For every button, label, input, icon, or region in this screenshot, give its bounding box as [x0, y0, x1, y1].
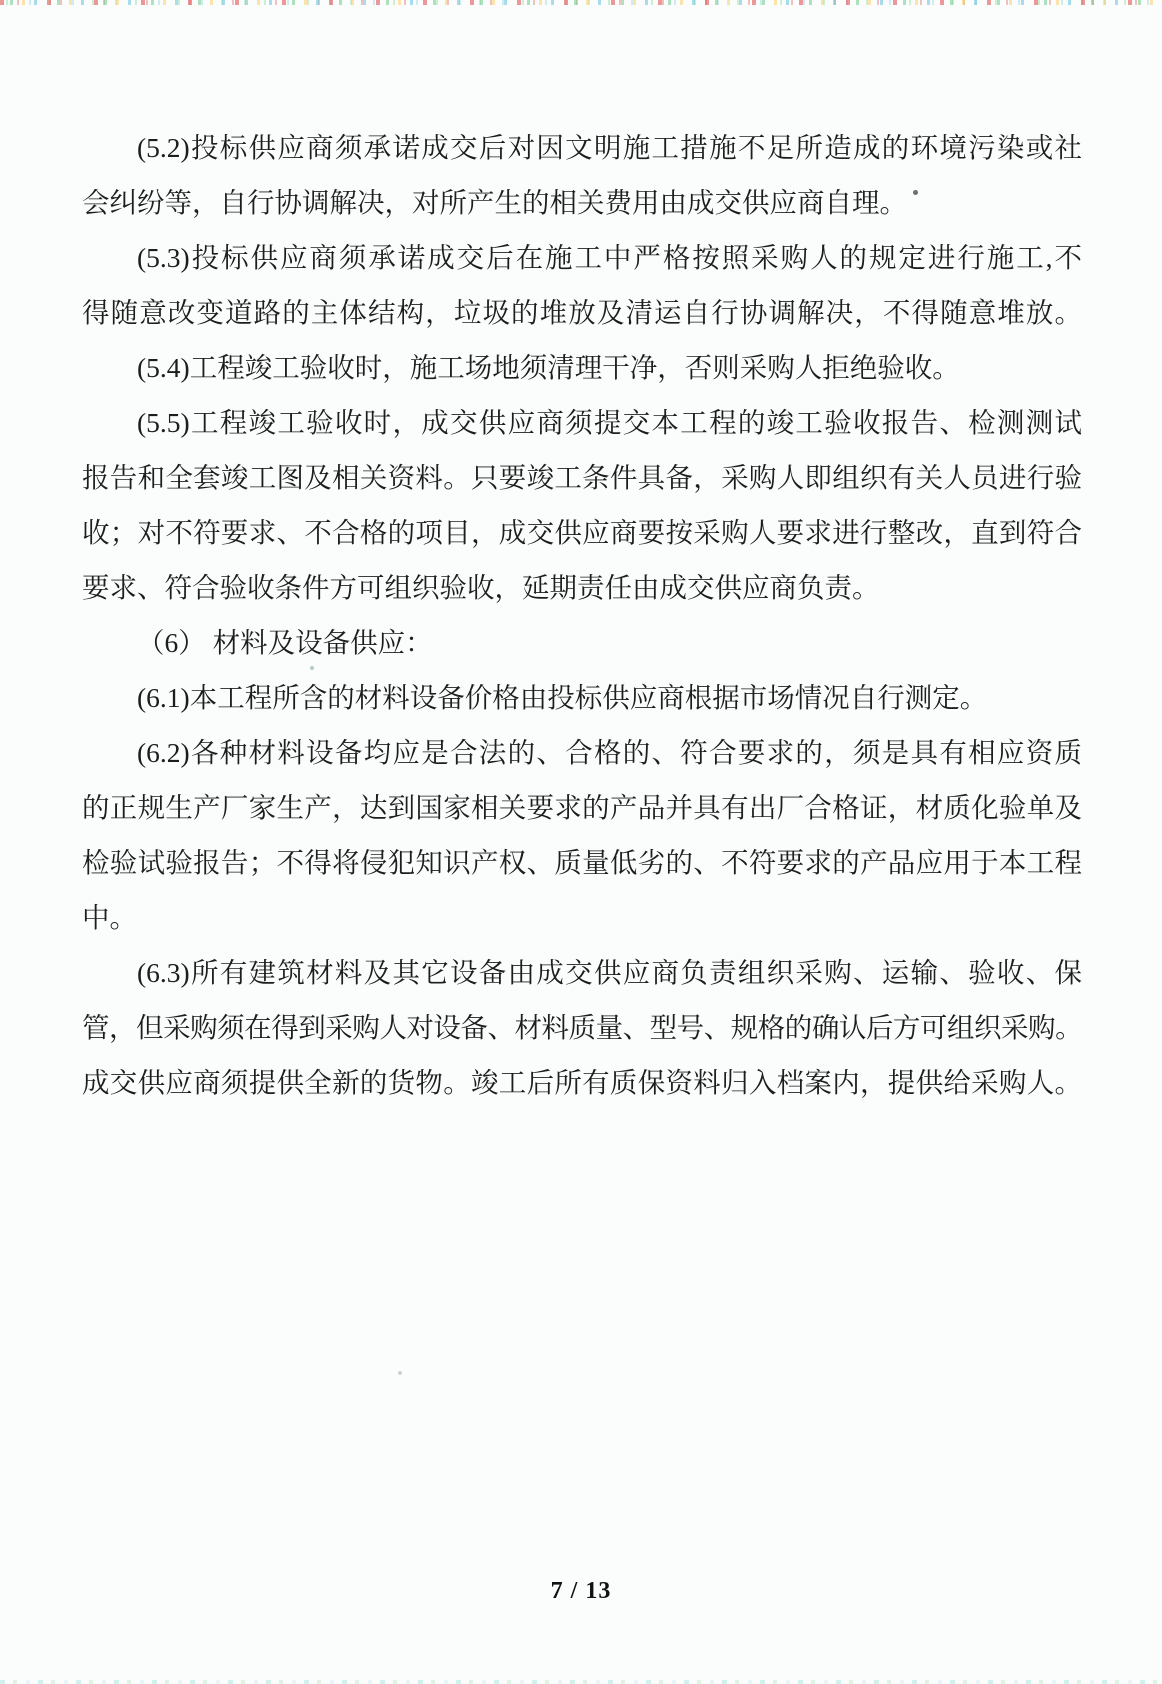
text-line: 会纠纷等，自行协调解决，对所产生的相关费用由成交供应商自理。	[82, 175, 1082, 230]
text-line: 中。	[82, 890, 1082, 945]
text-line: (5.3)投标供应商须承诺成交后在施工中严格按照采购人的规定进行施工,不	[82, 230, 1082, 285]
scan-speck	[398, 1371, 402, 1375]
text-line: (5.5)工程竣工验收时，成交供应商须提交本工程的竣工验收报告、检测测试	[82, 395, 1082, 450]
text-line: 的正规生产厂家生产，达到国家相关要求的产品并具有出厂合格证，材质化验单及	[82, 780, 1082, 835]
text-line: 成交供应商须提供全新的货物。竣工后所有质保资料归入档案内，提供给采购人。	[82, 1055, 1082, 1110]
text-line: （6） 材料及设备供应：	[82, 615, 1082, 670]
text-line: 得随意改变道路的主体结构，垃圾的堆放及清运自行协调解决，不得随意堆放。	[82, 285, 1082, 340]
scan-speck	[310, 666, 314, 670]
page-footer: 7 / 13	[0, 1578, 1162, 1605]
text-line: (6.3)所有建筑材料及其它设备由成交供应商负责组织采购、运输、验收、保	[82, 945, 1082, 1000]
page-number: 7 / 13	[551, 1578, 612, 1604]
scan-speck	[913, 190, 918, 195]
text-line: 检验试验报告；不得将侵犯知识产权、质量低劣的、不符要求的产品应用于本工程	[82, 835, 1082, 890]
text-line: 收；对不符要求、不合格的项目，成交供应商要按采购人要求进行整改，直到符合	[82, 505, 1082, 560]
text-line: (6.2)各种材料设备均应是合法的、合格的、符合要求的，须是具有相应资质	[82, 725, 1082, 780]
scan-artifact-top-edge	[0, 0, 1162, 5]
scan-artifact-bottom-edge	[0, 1680, 1162, 1684]
text-line: 报告和全套竣工图及相关资料。只要竣工条件具备，采购人即组织有关人员进行验	[82, 450, 1082, 505]
document-body: (5.2)投标供应商须承诺成交后对因文明施工措施不足所造成的环境污染或社 会纠纷…	[82, 120, 1082, 1110]
text-line: (6.1)本工程所含的材料设备价格由投标供应商根据市场情况自行测定。	[82, 670, 1082, 725]
text-line: 要求、符合验收条件方可组织验收，延期责任由成交供应商负责。	[82, 560, 1082, 615]
text-line: 管，但采购须在得到采购人对设备、材料质量、型号、规格的确认后方可组织采购。	[82, 1000, 1082, 1055]
text-line: (5.4)工程竣工验收时，施工场地须清理干净，否则采购人拒绝验收。	[82, 340, 1082, 395]
text-line: (5.2)投标供应商须承诺成交后对因文明施工措施不足所造成的环境污染或社	[82, 120, 1082, 175]
